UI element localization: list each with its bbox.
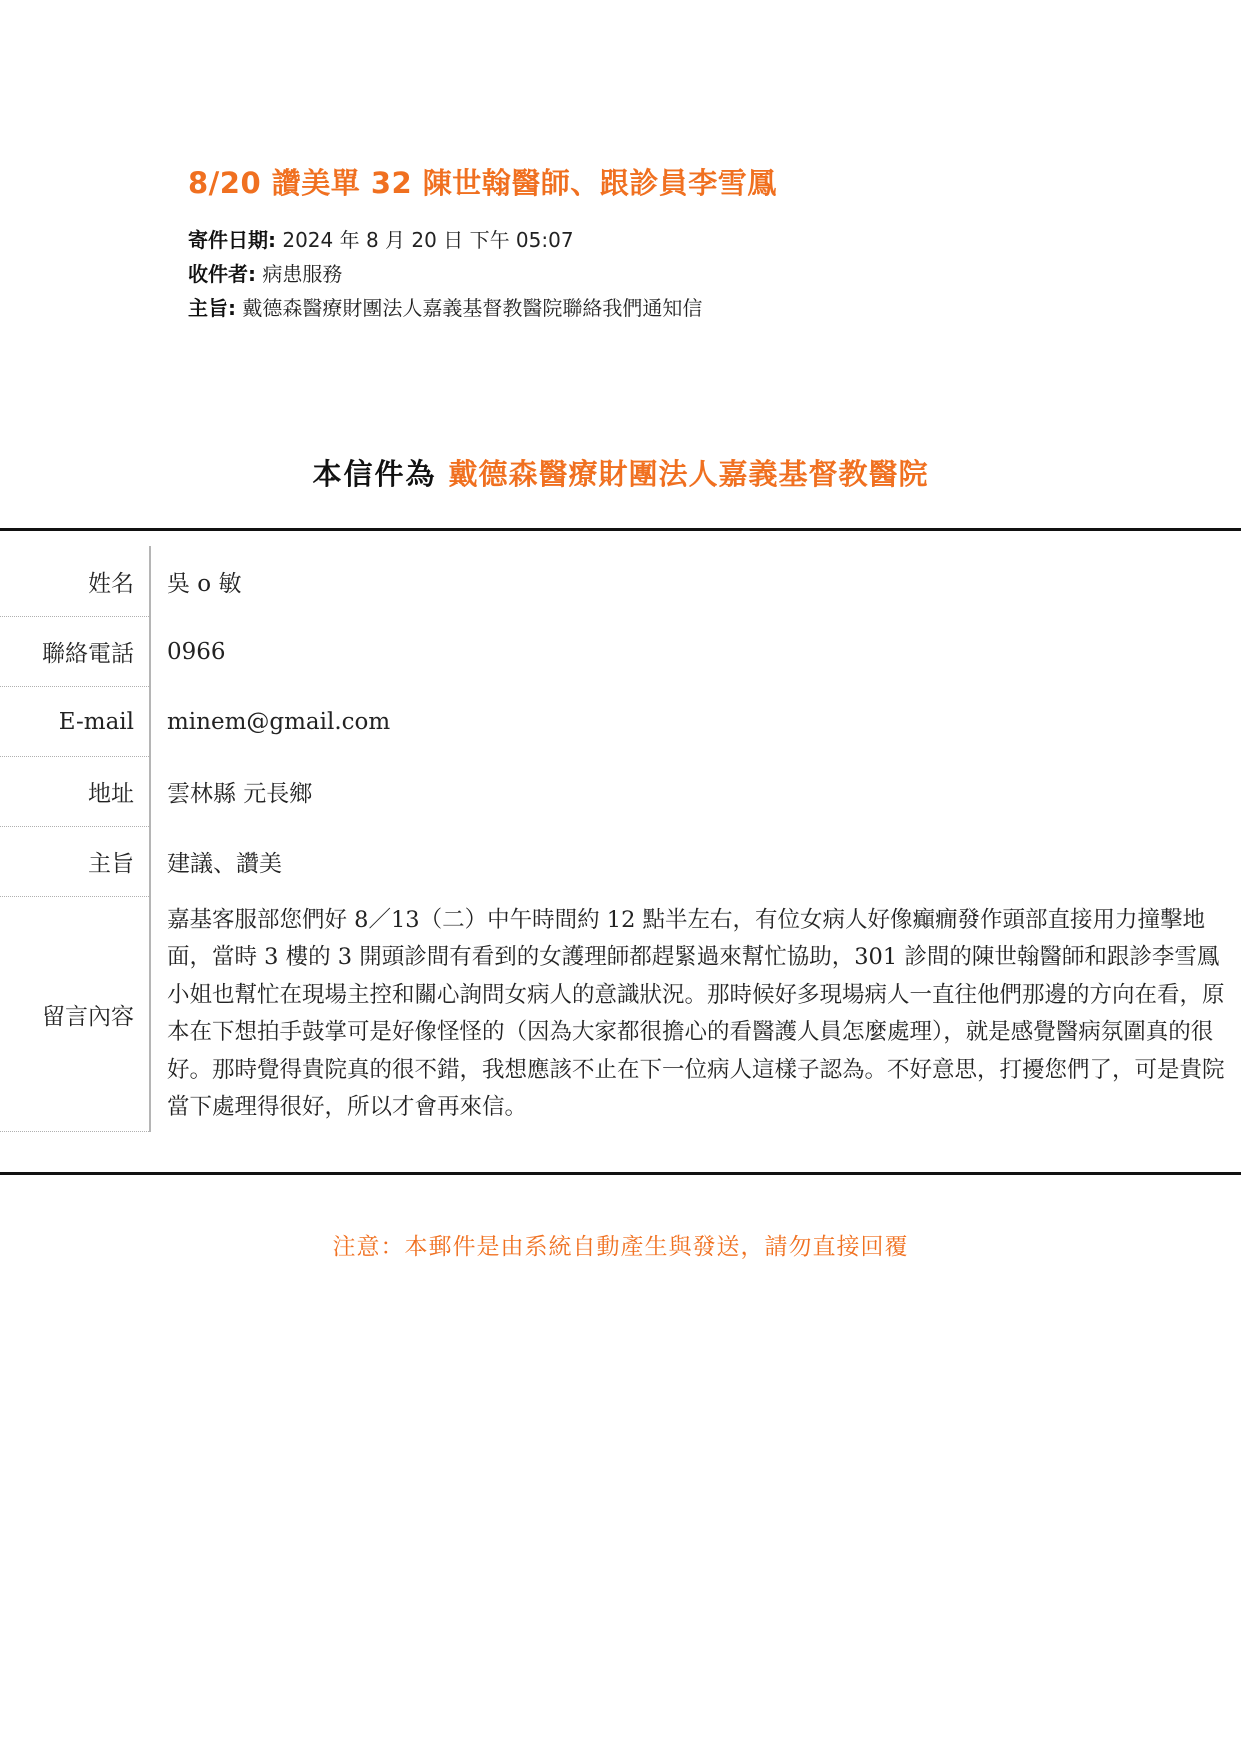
recipient-label: 收件者: [188, 262, 256, 286]
table-bottom-rule [0, 1172, 1241, 1175]
form-row-address: 地址 雲林縣 元長鄉 [0, 757, 1241, 827]
email-value: minem@gmail.com [150, 687, 1241, 757]
contact-form-table: 姓名 吳 o 敏 聯絡電話 0966 E-mail minem@gmail.co… [0, 546, 1241, 1132]
phone-value: 0966 [150, 617, 1241, 687]
email-label: E-mail [0, 687, 150, 757]
phone-label: 聯絡電話 [0, 617, 150, 687]
subject-label: 主旨: [188, 296, 236, 320]
address-label: 地址 [0, 757, 150, 827]
sent-date-value: 2024 年 8 月 20 日 下午 05:07 [276, 228, 574, 252]
subject-field-value: 建議、讚美 [150, 827, 1241, 897]
subject-line: 主旨: 戴德森醫療財團法人嘉義基督教醫院聯絡我們通知信 [188, 291, 1088, 325]
subject-field-label: 主旨 [0, 827, 150, 897]
name-label: 姓名 [0, 546, 150, 617]
recipient-value: 病患服務 [256, 262, 342, 286]
address-value: 雲林縣 元長鄉 [150, 757, 1241, 827]
sent-date-line: 寄件日期: 2024 年 8 月 20 日 下午 05:07 [188, 223, 1088, 257]
banner-prefix: 本信件為 [312, 457, 448, 491]
sent-date-label: 寄件日期: [188, 228, 276, 252]
form-row-email: E-mail minem@gmail.com [0, 687, 1241, 757]
form-row-subject: 主旨 建議、讚美 [0, 827, 1241, 897]
source-banner: 本信件為 戴德森醫療財團法人嘉義基督教醫院 [0, 452, 1241, 496]
auto-generated-notice: 注意：本郵件是由系統自動產生與發送，請勿直接回覆 [0, 1228, 1241, 1261]
email-title: 8/20 讚美單 32 陳世翰醫師、跟診員李雪鳳 [188, 163, 1088, 203]
form-row-message: 留言內容 嘉基客服部您們好 8／13（二）中午時間約 12 點半左右，有位女病人… [0, 897, 1241, 1132]
message-value: 嘉基客服部您們好 8／13（二）中午時間約 12 點半左右，有位女病人好像癲癇發… [150, 897, 1241, 1132]
form-row-name: 姓名 吳 o 敏 [0, 546, 1241, 617]
subject-value: 戴德森醫療財團法人嘉義基督教醫院聯絡我們通知信 [236, 296, 702, 320]
form-row-phone: 聯絡電話 0966 [0, 617, 1241, 687]
email-header: 8/20 讚美單 32 陳世翰醫師、跟診員李雪鳳 寄件日期: 2024 年 8 … [188, 163, 1088, 325]
name-value: 吳 o 敏 [150, 546, 1241, 617]
recipient-line: 收件者: 病患服務 [188, 257, 1088, 291]
banner-organization: 戴德森醫療財團法人嘉義基督教醫院 [449, 457, 929, 491]
message-label: 留言內容 [0, 897, 150, 1132]
table-top-rule [0, 528, 1241, 531]
